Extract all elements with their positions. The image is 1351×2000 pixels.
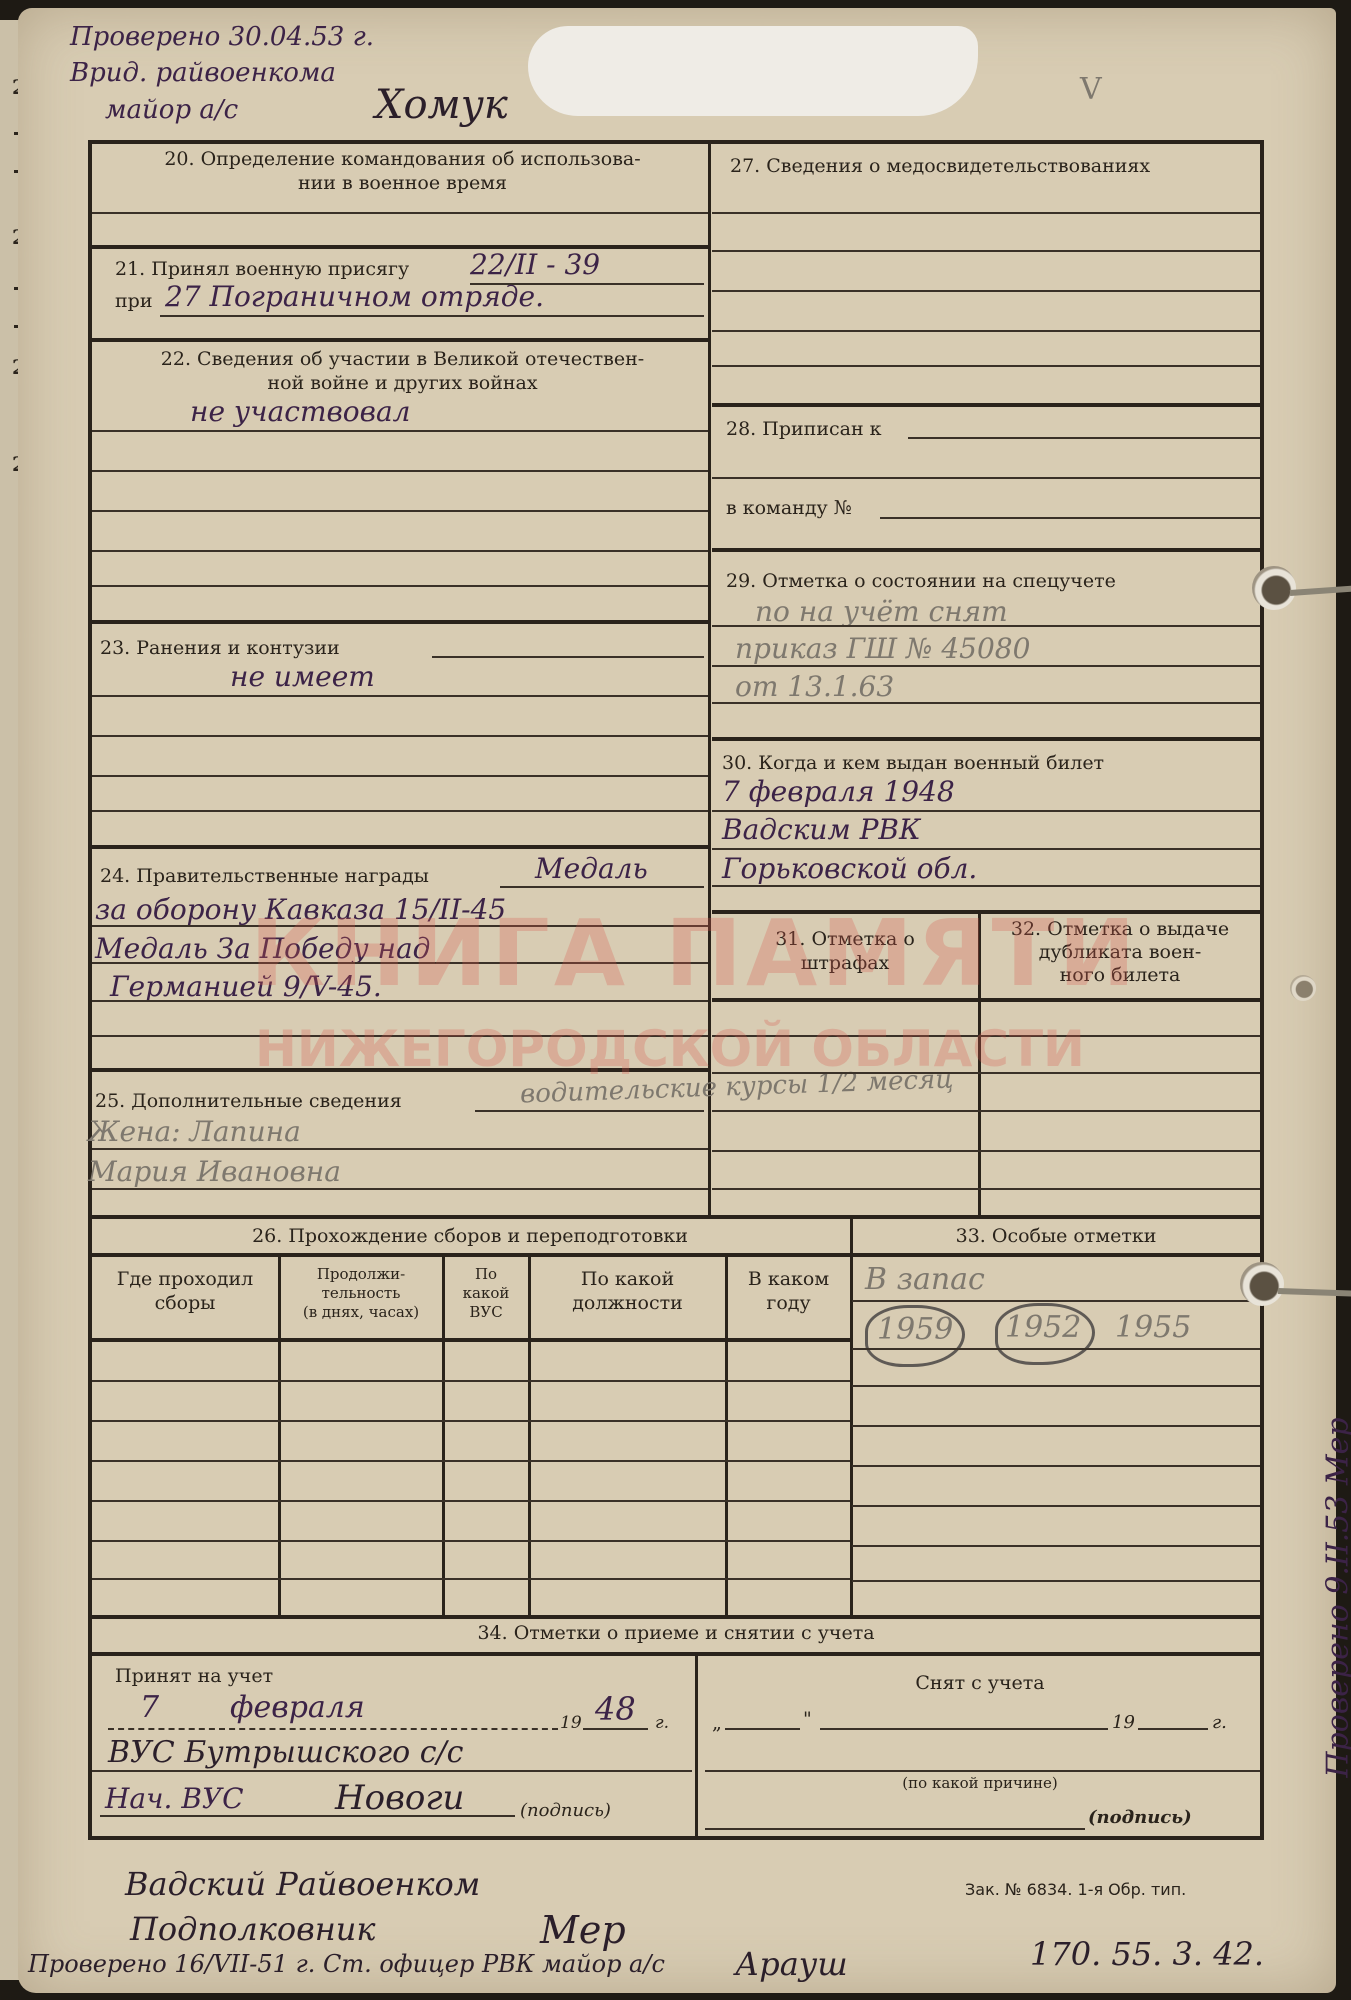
rule (712, 330, 1260, 332)
rule (705, 1828, 1085, 1830)
rule (92, 1770, 692, 1772)
section27-label: 27. Сведения о медосвидетельствованиях (730, 155, 1150, 179)
rule (1138, 1728, 1208, 1730)
rule (712, 625, 1260, 627)
section-divider (712, 737, 1260, 741)
rule (712, 250, 1260, 252)
rule (712, 290, 1260, 292)
accepted-year-prefix: 19 (560, 1713, 582, 1734)
rule (705, 1770, 1260, 1772)
removed-label: Снят с учета (700, 1672, 1260, 1696)
rule (852, 1465, 1260, 1467)
section33-label: 33. Особые отметки (852, 1225, 1260, 1249)
section20-label: 20. Определение командования об использо… (100, 148, 705, 196)
bottom-line2: Подполковник (130, 1910, 376, 1948)
rule (852, 1348, 1260, 1350)
special-registry-line: по на учёт снят (755, 595, 1008, 628)
rule (852, 1545, 1260, 1547)
rule (160, 315, 704, 317)
column-divider (695, 1654, 698, 1840)
table-header-vus: ПокакойВУС (444, 1265, 528, 1321)
rule (712, 212, 1260, 214)
table-row (92, 1460, 850, 1462)
rule (712, 1188, 1260, 1190)
rule (92, 695, 708, 697)
check-mark: V (1080, 72, 1102, 107)
removed-year-suffix: г. (1212, 1712, 1227, 1735)
accepted-office: ВУС Бутрышского с/с (108, 1735, 463, 1770)
rule (100, 1815, 515, 1817)
section-divider (92, 845, 708, 849)
rule (712, 1110, 1260, 1112)
top-note-signature: Хомук (375, 82, 508, 128)
table-row (92, 1420, 850, 1422)
rule (852, 1300, 1260, 1302)
rule (712, 702, 1260, 704)
removed-reason-caption: (по какой причине) (700, 1774, 1260, 1793)
bottom-line3: Проверено 16/VII-51 г. Ст. офицер РВК ма… (28, 1950, 665, 1978)
military-id-issue-line: Вадским РВК (722, 813, 921, 846)
rule (92, 1188, 708, 1190)
rule (852, 1505, 1260, 1507)
special-registry-line: от 13.1.63 (735, 670, 894, 703)
rule (92, 810, 708, 812)
extra-info-line: Мария Ивановна (88, 1155, 341, 1188)
rule (92, 585, 708, 587)
rule (712, 885, 1260, 887)
rule (712, 477, 1260, 479)
section-divider (88, 1215, 1264, 1219)
wounds-value: не имеет (230, 660, 375, 693)
section30-label: 30. Когда и кем выдан военный билет (722, 752, 1104, 776)
rule (712, 1150, 1260, 1152)
award-line: Медаль (535, 852, 648, 885)
accepted-signer: Нач. ВУС (105, 1782, 244, 1815)
section25-label: 25. Дополнительные сведения (95, 1090, 402, 1114)
special-marks-year: 1955 (1115, 1310, 1191, 1345)
special-marks-pencil: В запас (865, 1262, 985, 1297)
rule (852, 1425, 1260, 1427)
rule (820, 1728, 1108, 1730)
bottom-line1: Вадский Райвоенком (125, 1865, 480, 1903)
print-info: Зак. № 6834. 1-я Обр. тип. (965, 1880, 1186, 1900)
section-divider (92, 1253, 850, 1257)
top-note-line1: Проверено 30.04.53 г. (70, 22, 374, 52)
bottom-signature2: Арауш (735, 1945, 848, 1983)
rule (500, 886, 704, 888)
rule (475, 1110, 704, 1112)
table-row (92, 1540, 850, 1542)
rule (92, 430, 708, 432)
section-divider (712, 403, 1260, 407)
section22-label: 22. Сведения об участии в Великой отечес… (100, 348, 705, 396)
removed-year-prefix: 19 (1112, 1712, 1135, 1735)
special-marks-year: 1959 (877, 1312, 953, 1347)
removed-signature-caption: (подпись) (1088, 1807, 1192, 1830)
section21-at-label: при (115, 290, 153, 314)
section-divider (92, 245, 708, 249)
section21-label: 21. Принял военную присягу (115, 258, 409, 282)
rule (880, 517, 1260, 519)
accepted-signature-caption: (подпись) (520, 1800, 611, 1823)
rule (852, 1385, 1260, 1387)
extra-info-line: Жена: Лапина (88, 1115, 301, 1148)
rule (908, 437, 1260, 439)
rule (92, 735, 708, 737)
rule (712, 665, 1260, 667)
section24-label: 24. Правительственные награды (100, 865, 429, 889)
accepted-day: 7 (140, 1690, 159, 1725)
accepted-year-value: 48 (595, 1690, 636, 1728)
oath-date-value: 22/II - 39 (470, 248, 600, 281)
rule (725, 1728, 800, 1730)
removed-date-open: „ (712, 1712, 722, 1736)
removed-date-close: " (803, 1708, 812, 1732)
table-row (92, 1500, 850, 1502)
rule (92, 1148, 708, 1150)
table-header-year: В какомгоду (727, 1268, 850, 1316)
accepted-year-suffix: г. (655, 1713, 669, 1734)
table-header-duration: Продолжи-тельность(в днях, часах) (280, 1265, 442, 1321)
binding-hole (1252, 566, 1296, 610)
accepted-label: Принят на учет (115, 1665, 273, 1689)
military-id-issue-line: Горьковской обл. (722, 852, 977, 885)
section34-title: 34. Отметки о приеме и снятии с учета (92, 1622, 1260, 1646)
section-divider (92, 1652, 1260, 1656)
section28-label: 28. Приписан к (726, 418, 882, 442)
section29-label: 29. Отметка о состоянии на спецучете (726, 570, 1116, 594)
rule (92, 510, 708, 512)
table-header-divider (92, 1338, 850, 1342)
rule (92, 550, 708, 552)
watermark-line2: НИЖЕГОРОДСКОЙ ОБЛАСТИ (255, 1020, 1085, 1078)
rule (852, 1580, 1260, 1582)
table-row (92, 1380, 850, 1382)
section-divider (88, 1615, 1264, 1619)
rule (432, 656, 704, 658)
document-code: 170. 55. 3. 42. (1030, 1935, 1264, 1973)
paper-hole (1290, 975, 1316, 1001)
watermark-line1: КНИГА ПАМЯТИ (250, 900, 1139, 1007)
military-id-issue-line: 7 февраля 1948 (722, 775, 955, 808)
war-participation-value: не участвовал (190, 395, 410, 428)
table-header-position: По какойдолжности (530, 1268, 725, 1316)
table-row (92, 1578, 850, 1580)
column-divider (850, 1215, 853, 1615)
section28-team-label: в команду № (726, 497, 852, 521)
section-divider (712, 548, 1260, 552)
top-note-line3: майор а/с (105, 95, 238, 125)
bottom-signature: Мер (540, 1908, 626, 1952)
rule (712, 365, 1260, 367)
section-divider (852, 1253, 1260, 1257)
table-header-where: Где проходилсборы (92, 1268, 278, 1316)
rule (92, 775, 708, 777)
section-divider (92, 620, 708, 624)
rule (92, 470, 708, 472)
paper-damage-patch (528, 26, 978, 116)
rule (712, 810, 1260, 812)
section23-label: 23. Ранения и контузии (100, 637, 340, 661)
top-note-line2: Врид. райвоенкома (70, 58, 336, 88)
accepted-month: февраля (230, 1690, 365, 1725)
rule (108, 1728, 558, 1730)
rule (712, 848, 1260, 850)
accepted-signature: Новоги (335, 1778, 464, 1818)
rule (92, 212, 708, 214)
rule (583, 1728, 648, 1730)
special-registry-line: приказ ГШ № 45080 (735, 632, 1030, 665)
section-divider (92, 338, 708, 342)
section26-title: 26. Прохождение сборов и переподготовки (92, 1225, 848, 1249)
oath-unit-value: 27 Пограничном отряде. (165, 280, 544, 313)
side-verification-note: Проверено 9.II.53 Мер (1321, 1358, 1351, 1838)
special-marks-year: 1952 (1005, 1310, 1081, 1345)
binding-hole (1240, 1262, 1284, 1306)
